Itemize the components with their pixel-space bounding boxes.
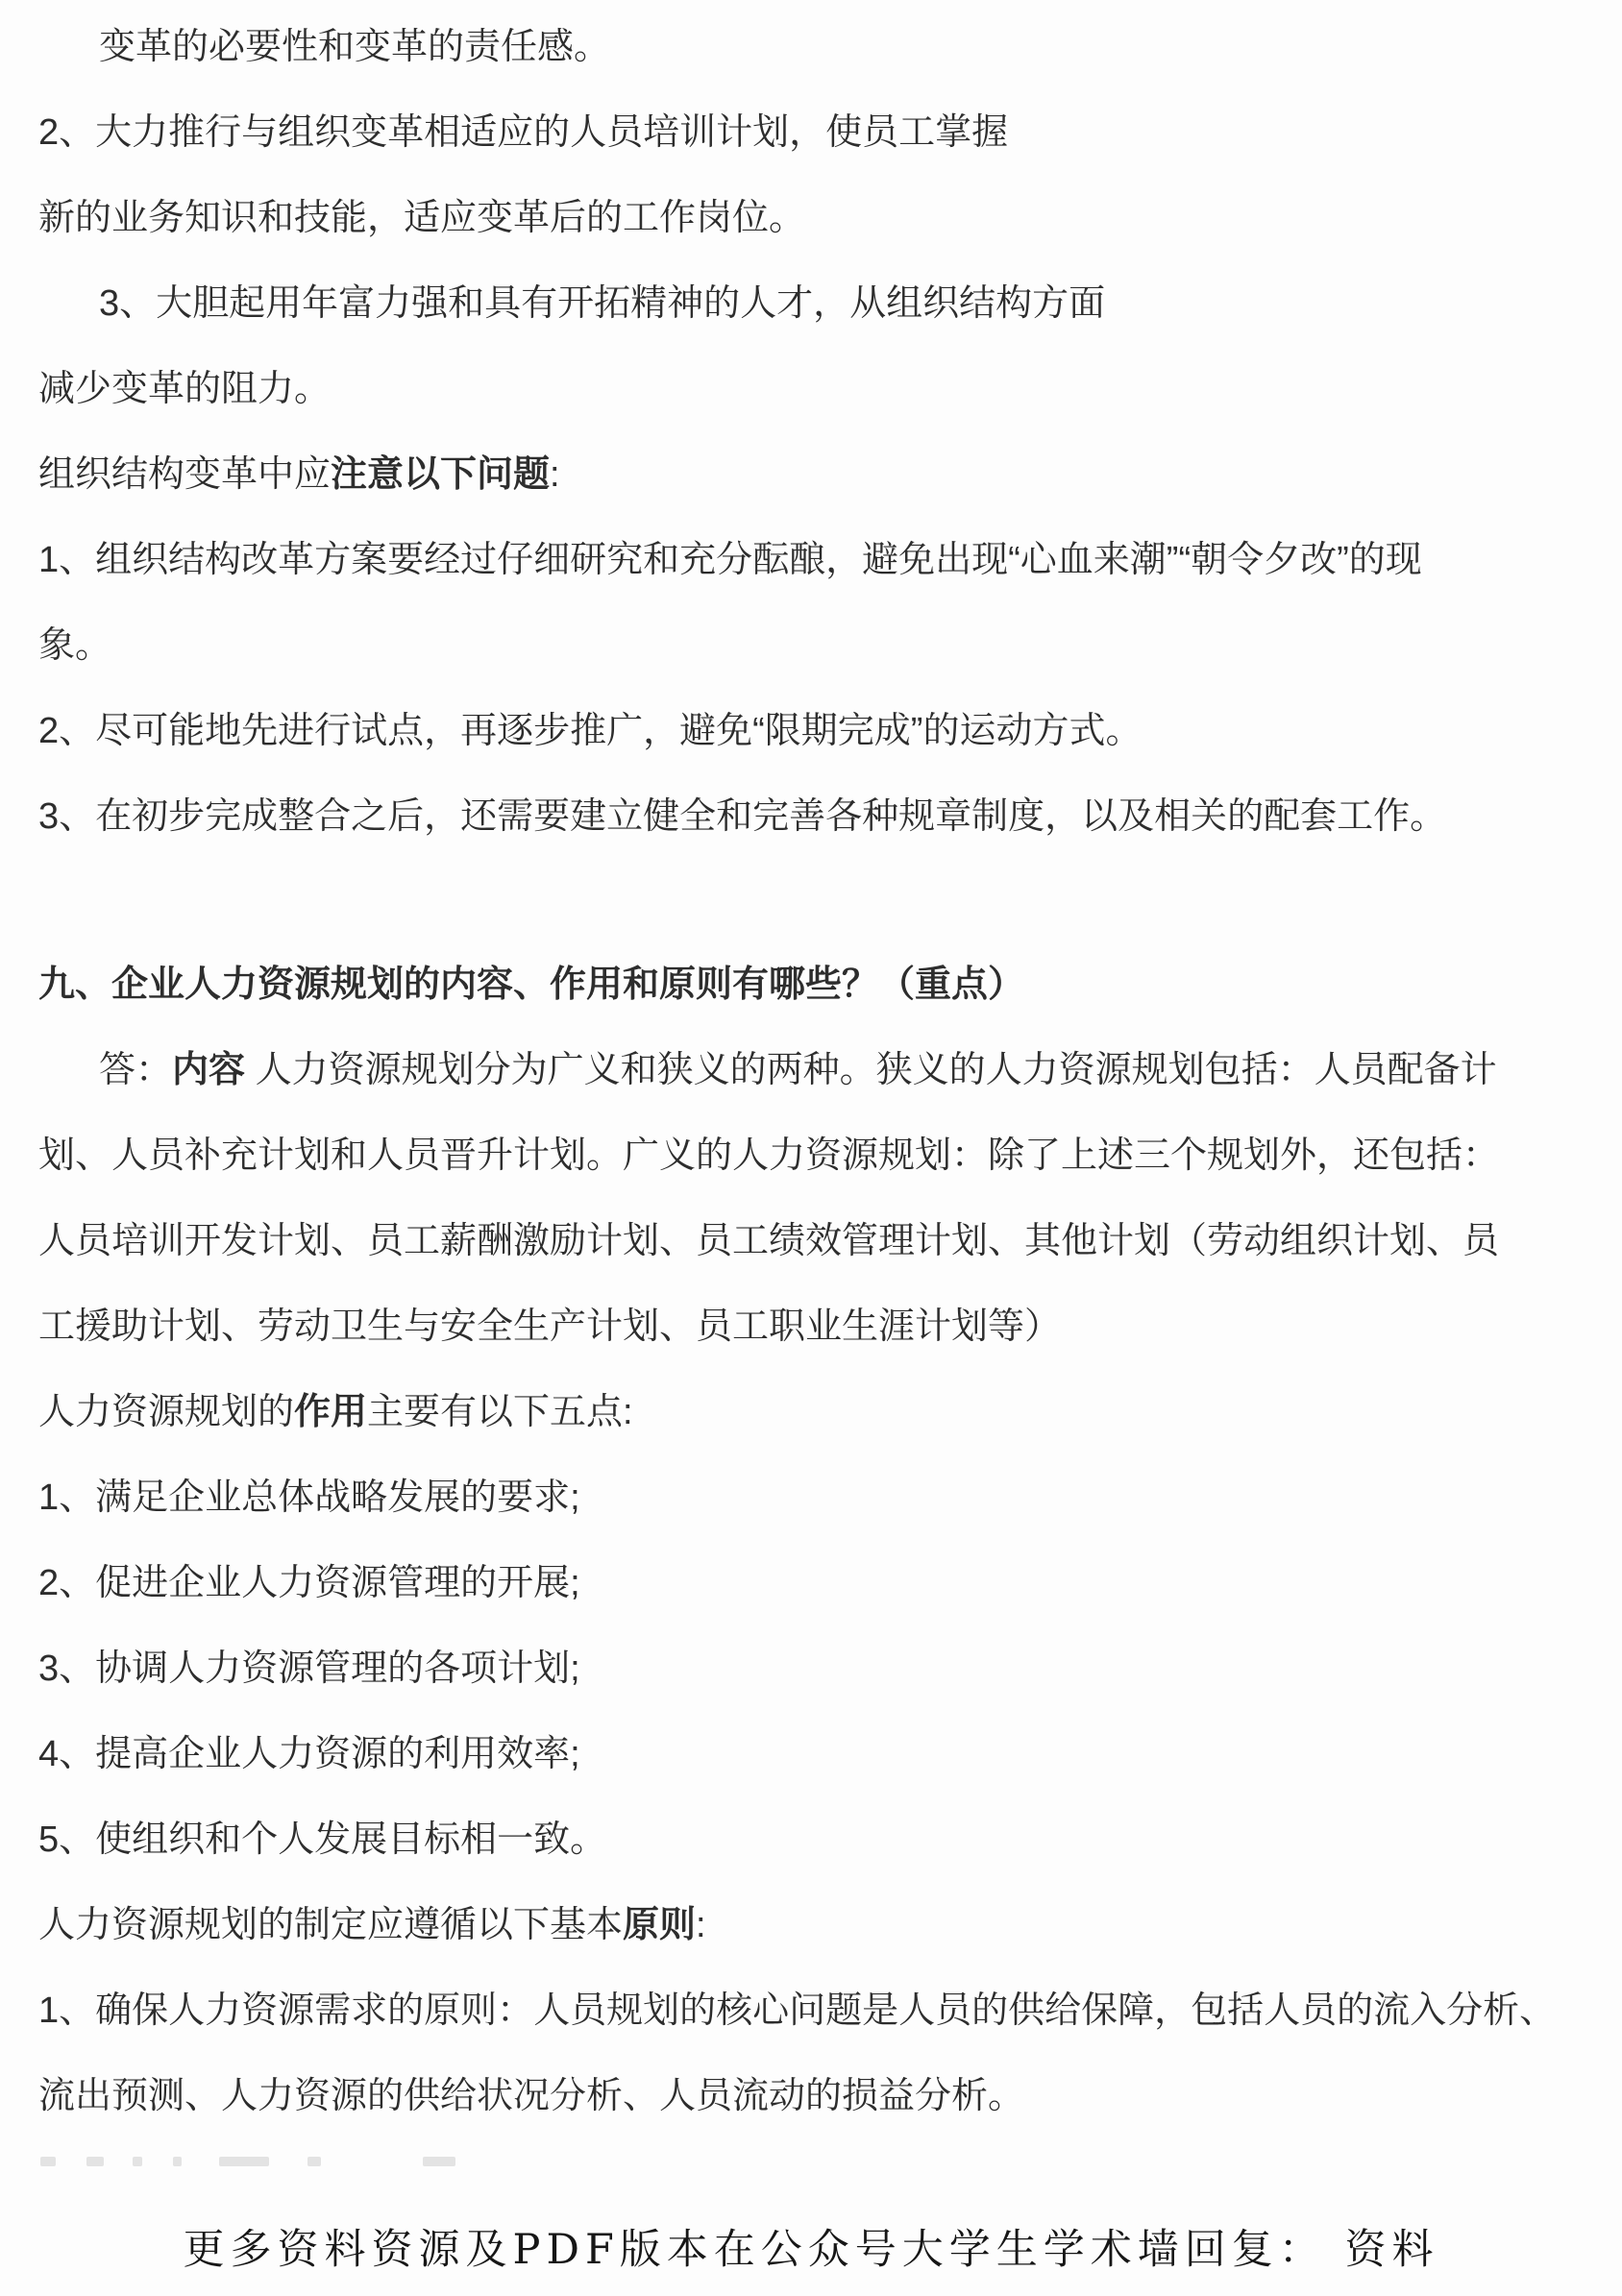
text-segment: 3、协调人力资源管理的各项计划; — [38, 1649, 580, 1689]
section-heading: 九、企业人力资源规划的内容、作用和原则有哪些？（重点） — [38, 942, 1605, 1028]
text-segment: : — [550, 454, 560, 495]
text-line: 1、确保人力资源需求的原则：人员规划的核心问题是人员的供给保障，包括人员的流入分… — [38, 1968, 1605, 2054]
text-segment: 减少变革的阻力。 — [38, 369, 331, 409]
text-line: 5、使组织和个人发展目标相一致。 — [38, 1797, 1605, 1883]
faint-text-fragment — [173, 2157, 182, 2166]
text-line: 划、人员补充计划和人员晋升计划。广义的人力资源规划：除了上述三个规划外，还包括： — [38, 1113, 1605, 1199]
footer-text: 更多资料资源及PDF版本在公众号大学生学术墙回复： 资料 — [184, 2226, 1439, 2274]
faint-cutoff-line — [0, 2154, 1622, 2169]
text-segment: 划、人员补充计划和人员晋升计划。广义的人力资源规划：除了上述三个规划外，还包括： — [38, 1136, 1499, 1176]
text-segment: 人力资源规划分为广义和狭义的两种。狭义的人力资源规划包括：人员配备计 — [245, 1050, 1497, 1090]
text-line: 1、满足企业总体战略发展的要求; — [38, 1455, 1605, 1541]
text-segment: 4、提高企业人力资源的利用效率; — [38, 1734, 580, 1774]
text-line: 人力资源规划的制定应遵循以下基本原则: — [38, 1883, 1605, 1968]
text-line: 答：内容 人力资源规划分为广义和狭义的两种。狭义的人力资源规划包括：人员配备计 — [38, 1028, 1605, 1113]
text-line: 2、促进企业人力资源管理的开展; — [38, 1541, 1605, 1626]
text-line: 2、尽可能地先进行试点，再逐步推广，避免“限期完成”的运动方式。 — [38, 689, 1605, 774]
text-segment: 人员培训开发计划、员工薪酬激励计划、员工绩效管理计划、其他计划（劳动组织计划、员 — [38, 1221, 1499, 1261]
text-segment: 流出预测、人力资源的供给状况分析、人员流动的损益分析。 — [38, 2076, 1024, 2116]
text-segment: 主要有以下五点: — [367, 1392, 633, 1432]
text-segment: 新的业务知识和技能，适应变革后的工作岗位。 — [38, 198, 805, 238]
text-line: 1、组织结构改革方案要经过仔细研究和充分酝酿，避免出现“心血来潮”“朝令夕改”的… — [38, 518, 1605, 603]
text-segment: 3、在初步完成整合之后，还需要建立健全和完善各种规章制度，以及相关的配套工作。 — [38, 796, 1446, 837]
text-line: 3、协调人力资源管理的各项计划; — [38, 1626, 1605, 1712]
text-segment: 1、确保人力资源需求的原则：人员规划的核心问题是人员的供给保障，包括人员的流入分… — [38, 1991, 1556, 2031]
text-line: 2、大力推行与组织变革相适应的人员培训计划，使员工掌握 — [38, 90, 1605, 176]
text-line: 3、大胆起用年富力强和具有开拓精神的人才，从组织结构方面 — [38, 261, 1605, 347]
faint-text-fragment — [40, 2157, 56, 2166]
text-line: 4、提高企业人力资源的利用效率; — [38, 1712, 1605, 1797]
text-segment: 变革的必要性和变革的责任感。 — [99, 27, 610, 67]
text-segment: 人力资源规划的 — [38, 1392, 294, 1432]
faint-text-fragment — [219, 2157, 269, 2166]
text-segment: 原则 — [623, 1905, 696, 1945]
text-segment: 1、满足企业总体战略发展的要求; — [38, 1478, 580, 1518]
text-segment: 2、尽可能地先进行试点，再逐步推广，避免“限期完成”的运动方式。 — [38, 711, 1142, 751]
text-segment: : — [696, 1905, 706, 1945]
text-line: 工援助计划、劳动卫生与安全生产计划、员工职业生涯计划等） — [38, 1284, 1605, 1370]
text-segment: 5、使组织和个人发展目标相一致。 — [38, 1820, 606, 1860]
faint-text-fragment — [423, 2157, 455, 2166]
text-segment: 内容 — [172, 1050, 245, 1090]
text-line: 变革的必要性和变革的责任感。 — [38, 5, 1605, 90]
text-segment: 注意以下问题 — [331, 454, 550, 495]
text-segment: 作用 — [294, 1392, 367, 1432]
text-segment: 答： — [99, 1050, 172, 1090]
text-segment: 九、企业人力资源规划的内容、作用和原则有哪些？（重点） — [38, 965, 1024, 1005]
text-line: 组织结构变革中应注意以下问题: — [38, 432, 1605, 518]
text-line: 人力资源规划的作用主要有以下五点: — [38, 1370, 1605, 1455]
faint-text-fragment — [307, 2157, 321, 2166]
text-line: 人员培训开发计划、员工薪酬激励计划、员工绩效管理计划、其他计划（劳动组织计划、员 — [38, 1199, 1605, 1284]
text-segment: 组织结构变革中应 — [38, 454, 331, 495]
text-line: 流出预测、人力资源的供给状况分析、人员流动的损益分析。 — [38, 2054, 1605, 2139]
page-footer: 更多资料资源及PDF版本在公众号大学生学术墙回复： 资料 — [0, 2217, 1622, 2276]
text-segment: 2、大力推行与组织变革相适应的人员培训计划，使员工掌握 — [38, 112, 1008, 153]
text-line: 象。 — [38, 603, 1605, 689]
text-segment: 1、组织结构改革方案要经过仔细研究和充分酝酿，避免出现“心血来潮”“朝令夕改”的… — [38, 540, 1422, 580]
text-line: 新的业务知识和技能，适应变革后的工作岗位。 — [38, 176, 1605, 261]
text-line: 3、在初步完成整合之后，还需要建立健全和完善各种规章制度，以及相关的配套工作。 — [38, 774, 1605, 860]
text-segment: 人力资源规划的制定应遵循以下基本 — [38, 1905, 623, 1945]
text-line: 减少变革的阻力。 — [38, 347, 1605, 432]
document-lines: 变革的必要性和变革的责任感。2、大力推行与组织变革相适应的人员培训计划，使员工掌… — [0, 0, 1622, 2139]
text-segment: 工援助计划、劳动卫生与安全生产计划、员工职业生涯计划等） — [38, 1307, 1061, 1347]
text-segment: 2、促进企业人力资源管理的开展; — [38, 1563, 580, 1603]
text-segment: 象。 — [38, 625, 111, 666]
faint-text-fragment — [86, 2157, 104, 2166]
text-segment: 3、大胆起用年富力强和具有开拓精神的人才，从组织结构方面 — [99, 283, 1105, 324]
document-page: 变革的必要性和变革的责任感。2、大力推行与组织变革相适应的人员培训计划，使员工掌… — [0, 0, 1622, 2296]
faint-text-fragment — [133, 2157, 142, 2166]
